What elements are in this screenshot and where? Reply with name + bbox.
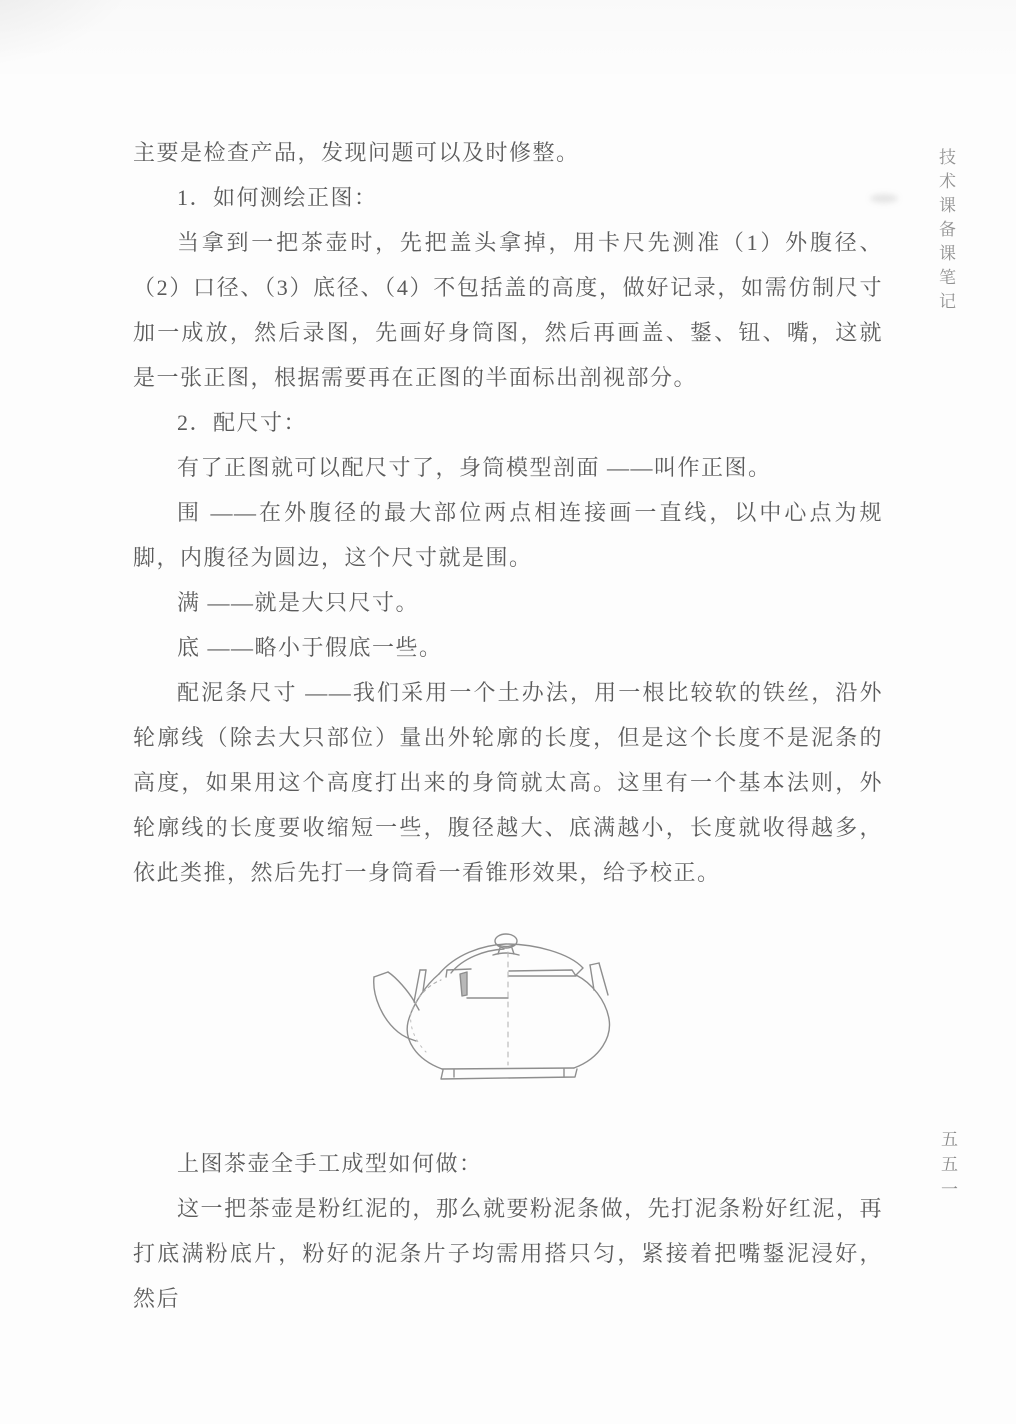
teapot-spout [374, 970, 426, 1041]
paragraph: 有了正图就可以配尺寸了，身筒模型剖面 ——叫作正图。 [133, 445, 883, 490]
teapot-lid [439, 944, 583, 998]
teapot-strokes [374, 934, 610, 1079]
paragraph: 当拿到一把茶壶时，先把盖头拿掉，用卡尺先测准（1）外腹径、（2）口径、（3）底径… [133, 220, 883, 400]
paragraph: 底 ——略小于假底一些。 [133, 625, 883, 670]
teapot-figure [363, 925, 653, 1095]
main-text-column: 主要是检查产品，发现问题可以及时修整。 1．如何测绘正图： 当拿到一把茶壶时，先… [133, 130, 883, 1321]
teapot-base [441, 1068, 577, 1079]
paragraph: 配泥条尺寸 ——我们采用一个土办法，用一根比较软的铁丝，沿外轮廓线（除去大只部位… [133, 670, 883, 895]
paragraph: 1．如何测绘正图： [133, 175, 883, 220]
paragraph: 上图茶壶全手工成型如何做： [133, 1141, 883, 1186]
paragraph: 满 ——就是大只尺寸。 [133, 580, 883, 625]
page-number: 五五一 [935, 1130, 960, 1205]
book-page: 技术课备课笔记 五五一 主要是检查产品，发现问题可以及时修整。 1．如何测绘正图… [0, 0, 1016, 1424]
paragraph: 2．配尺寸： [133, 400, 883, 445]
paragraph: 这一把茶壶是粉红泥的，那么就要粉泥条做，先打泥条粉好红泥，再打底满粉底片，粉好的… [133, 1186, 883, 1321]
paragraph: 主要是检查产品，发现问题可以及时修整。 [133, 130, 883, 175]
margin-vertical-label: 技术课备课笔记 [933, 148, 958, 316]
paragraph: 围 ——在外腹径的最大部位两点相连接画一直线，以中心点为规脚，内腹径为圆边，这个… [133, 490, 883, 580]
teapot-line-drawing [363, 925, 653, 1095]
teapot-handle [590, 963, 608, 995]
